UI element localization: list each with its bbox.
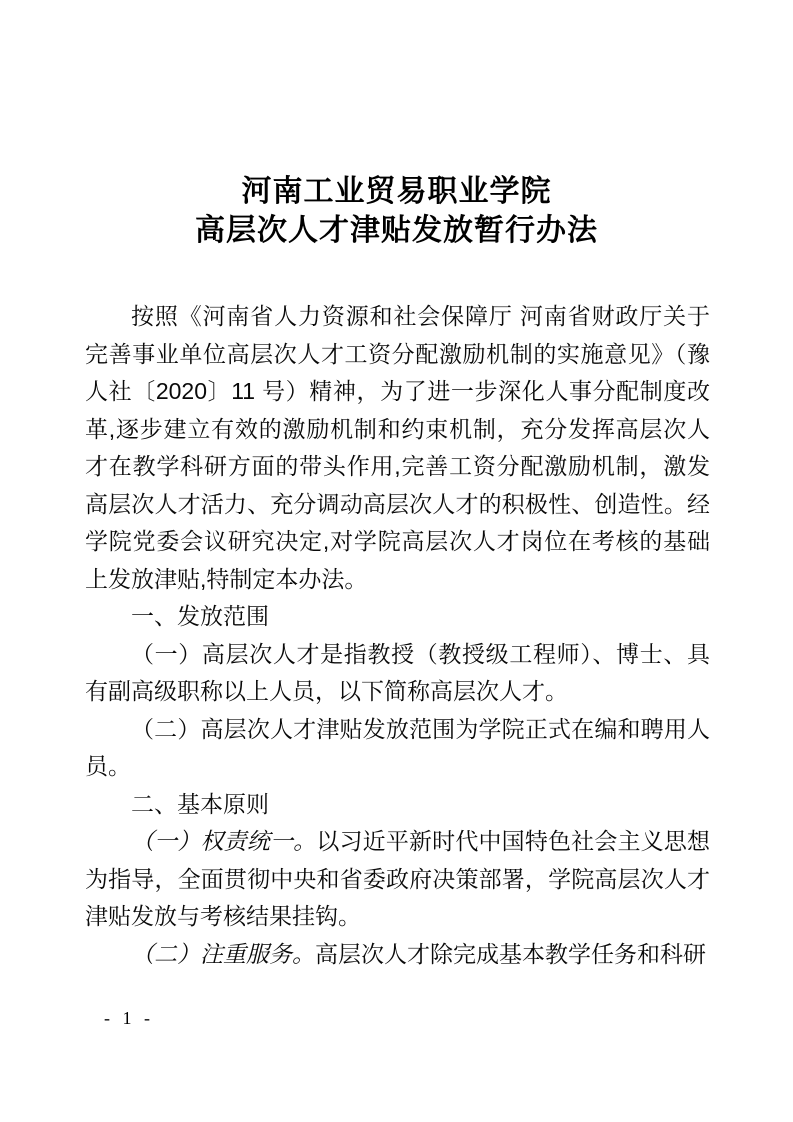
- document-title-line-2: 高层次人才津贴发放暂行办法: [0, 211, 793, 250]
- paragraph-section-2-item-2: （二）注重服务。高层次人才除完成基本教学任务和科研: [85, 936, 710, 974]
- paragraph-section-2-item-2-body: 高层次人才除完成基本教学任务和科研: [315, 941, 706, 967]
- paragraph-intro: 按照《河南省人力资源和社会保障厅 河南省财政厅关于完善事业单位高层次人才工资分配…: [85, 298, 710, 598]
- document-page: 河南工业贸易职业学院 高层次人才津贴发放暂行办法 按照《河南省人力资源和社会保障…: [0, 0, 793, 1122]
- paragraph-section-2-item-2-lead: （二）注重服务。: [131, 942, 315, 967]
- heading-section-2: 二、基本原则: [85, 786, 710, 824]
- paragraph-section-1-item-1: （一）高层次人才是指教授（教授级工程师）、博士、具有副高级职称以上人员，以下简称…: [85, 636, 710, 711]
- paragraph-section-1-item-2: （二）高层次人才津贴发放范围为学院正式在编和聘用人员。: [85, 711, 710, 786]
- paragraph-section-2-item-1: （一）权责统一。以习近平新时代中国特色社会主义思想为指导，全面贯彻中央和省委政府…: [85, 823, 710, 936]
- heading-section-1: 一、发放范围: [85, 598, 710, 636]
- document-title-line-1: 河南工业贸易职业学院: [0, 172, 793, 211]
- document-body: 按照《河南省人力资源和社会保障厅 河南省财政厅关于完善事业单位高层次人才工资分配…: [85, 298, 710, 973]
- paragraph-section-2-item-1-lead: （一）权责统一。: [131, 829, 316, 854]
- page-number: - 1 -: [104, 1008, 154, 1029]
- document-title: 河南工业贸易职业学院 高层次人才津贴发放暂行办法: [0, 0, 793, 250]
